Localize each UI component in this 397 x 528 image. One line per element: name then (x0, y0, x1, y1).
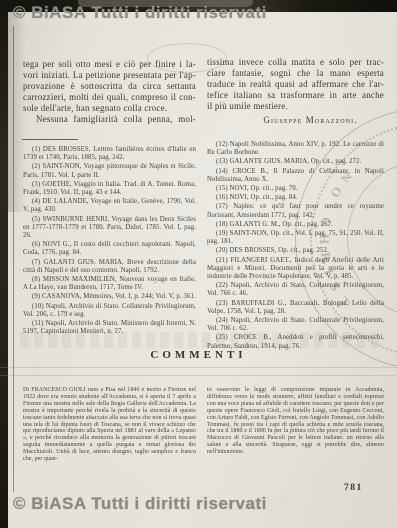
commenti-left-column: Di FRANCESCO GIOLI nato a Pisa nel 1846 … (23, 387, 196, 463)
article-left-column: tega per soli otto mesi e ciò per finire… (23, 59, 196, 124)
commenti-paragraph: Di FRANCESCO GIOLI nato a Pisa nel 1846 … (23, 387, 196, 463)
footnote: (19) SAINT-NON, Op. cit., Vol. I, pag. 7… (207, 230, 384, 246)
body-line: sole dell'arte, han segnato colla croce. (23, 103, 196, 114)
footnote: (9) CASANOVA, Mémoires, Vol. I, p. 244; … (23, 293, 196, 301)
footnote: (14) CROCE B., Il Palazzo di Cellamare, … (207, 168, 384, 184)
body-line: tega per soli otto mesi e ciò per finire… (23, 59, 196, 70)
commenti-heading: COMMENTI (0, 349, 397, 361)
footnote: (11) Napoli, Archivio di Stato. Minister… (23, 320, 196, 336)
body-line: vori iniziati. La petizione presentata p… (23, 70, 196, 81)
page-number: 781 (344, 483, 363, 493)
footnote: (1) DES BROSSES, Lettres familières écri… (23, 146, 196, 162)
paper-fold-line (13, 26, 14, 492)
footnote-rule (22, 139, 78, 140)
body-line: ciare fantasie, sogni che la mano espert… (207, 68, 384, 79)
footnote: (22) Napoli, Archivio di Stato. Collater… (207, 282, 384, 298)
footnote: (20) DES BROSSES, Op. cit., pag. 252. (207, 247, 384, 255)
scan-streak (0, 375, 397, 376)
footnote: (6) NOVI G., Il costo delli cocchieri na… (23, 241, 196, 257)
body-line: Nessuna famigliarità colla penna, mol- (23, 114, 196, 125)
footnote: (4) DE LALANDE, Voyage en Italie, Genève… (23, 198, 196, 214)
footnote: (24) Napoli, Archivio di Stato. Collater… (207, 317, 384, 333)
commenti-right-column: to osservino le leggi di composizione im… (207, 387, 384, 456)
scan-streak (0, 367, 397, 368)
footnote: (8) MISSON MAXIMILIEN, Nouveau voyage en… (23, 276, 196, 292)
footnote: (16) NOVI, Op. cit., pag. 84. (207, 194, 384, 202)
body-line: il più umile mestiere. (207, 101, 384, 112)
footnote: (15) NOVI, Op. cit., pag. 70. (207, 185, 384, 193)
body-line: carrozzieri, molti dei quali, compreso i… (23, 92, 196, 103)
scanned-page: N O · C H R I S T © BiASA Tutti i diritt… (0, 0, 397, 528)
footnotes-left-column: (1) DES BROSSES, Lettres familières écri… (23, 146, 196, 337)
commenti-paragraph: to osservino le leggi di composizione im… (207, 387, 384, 456)
footnote: (21) FILANGERI GAET., Indice degli Artef… (207, 257, 384, 282)
footnote: (18) GALANTI G. M., Op. cit., pag. 267. (207, 221, 384, 229)
copyright-watermark-bottom: © BiASA Tutti i diritti riservati (13, 494, 267, 514)
copyright-watermark-top: © BiASA Tutti i diritti riservati (13, 3, 267, 23)
footnote: (5) SWINBURNE HENRI, Voyage dans les Deu… (23, 216, 196, 241)
footnote: (10) Napoli, Archivio di Stato. Collater… (23, 303, 196, 319)
footnote: (17) Naples: ce qu'il faut pour rendre c… (207, 203, 384, 219)
body-line: traduce in realtà quasi ad affermare che… (207, 79, 384, 90)
footnote: (7) GALANTI GIUS. MARIA, Breve descrizio… (23, 259, 196, 275)
footnote: (2) SAINT-NON, Voyage pittoresque de Nap… (23, 163, 196, 179)
body-line: tefice italiano sa trasformare in arte a… (207, 90, 384, 101)
footnote: (23) BARUFFALDI G., Baccanali, Bologna, … (207, 300, 384, 316)
footnote: (12) Napoli Nobilissima, Anno XIV, p. 19… (207, 141, 384, 157)
body-line: provazione è sottoscritta da circa setta… (23, 81, 196, 92)
body-line: tissima invece colla matita e solo per t… (207, 57, 384, 68)
footnote: (13) GALANTE GIUS. MARIA, Op. cit., pag.… (207, 158, 384, 166)
author-signature: Giuseppe Morazzoni. (207, 115, 384, 125)
article-right-column: tissima invece colla matita e solo per t… (207, 57, 384, 125)
scan-left-edge (0, 0, 8, 528)
footnote: (3) GOETHE, Viaggio in Italia. Trad. di … (23, 181, 196, 197)
footnotes-right-column: (12) Napoli Nobilissima, Anno XIV, p. 19… (207, 141, 384, 352)
